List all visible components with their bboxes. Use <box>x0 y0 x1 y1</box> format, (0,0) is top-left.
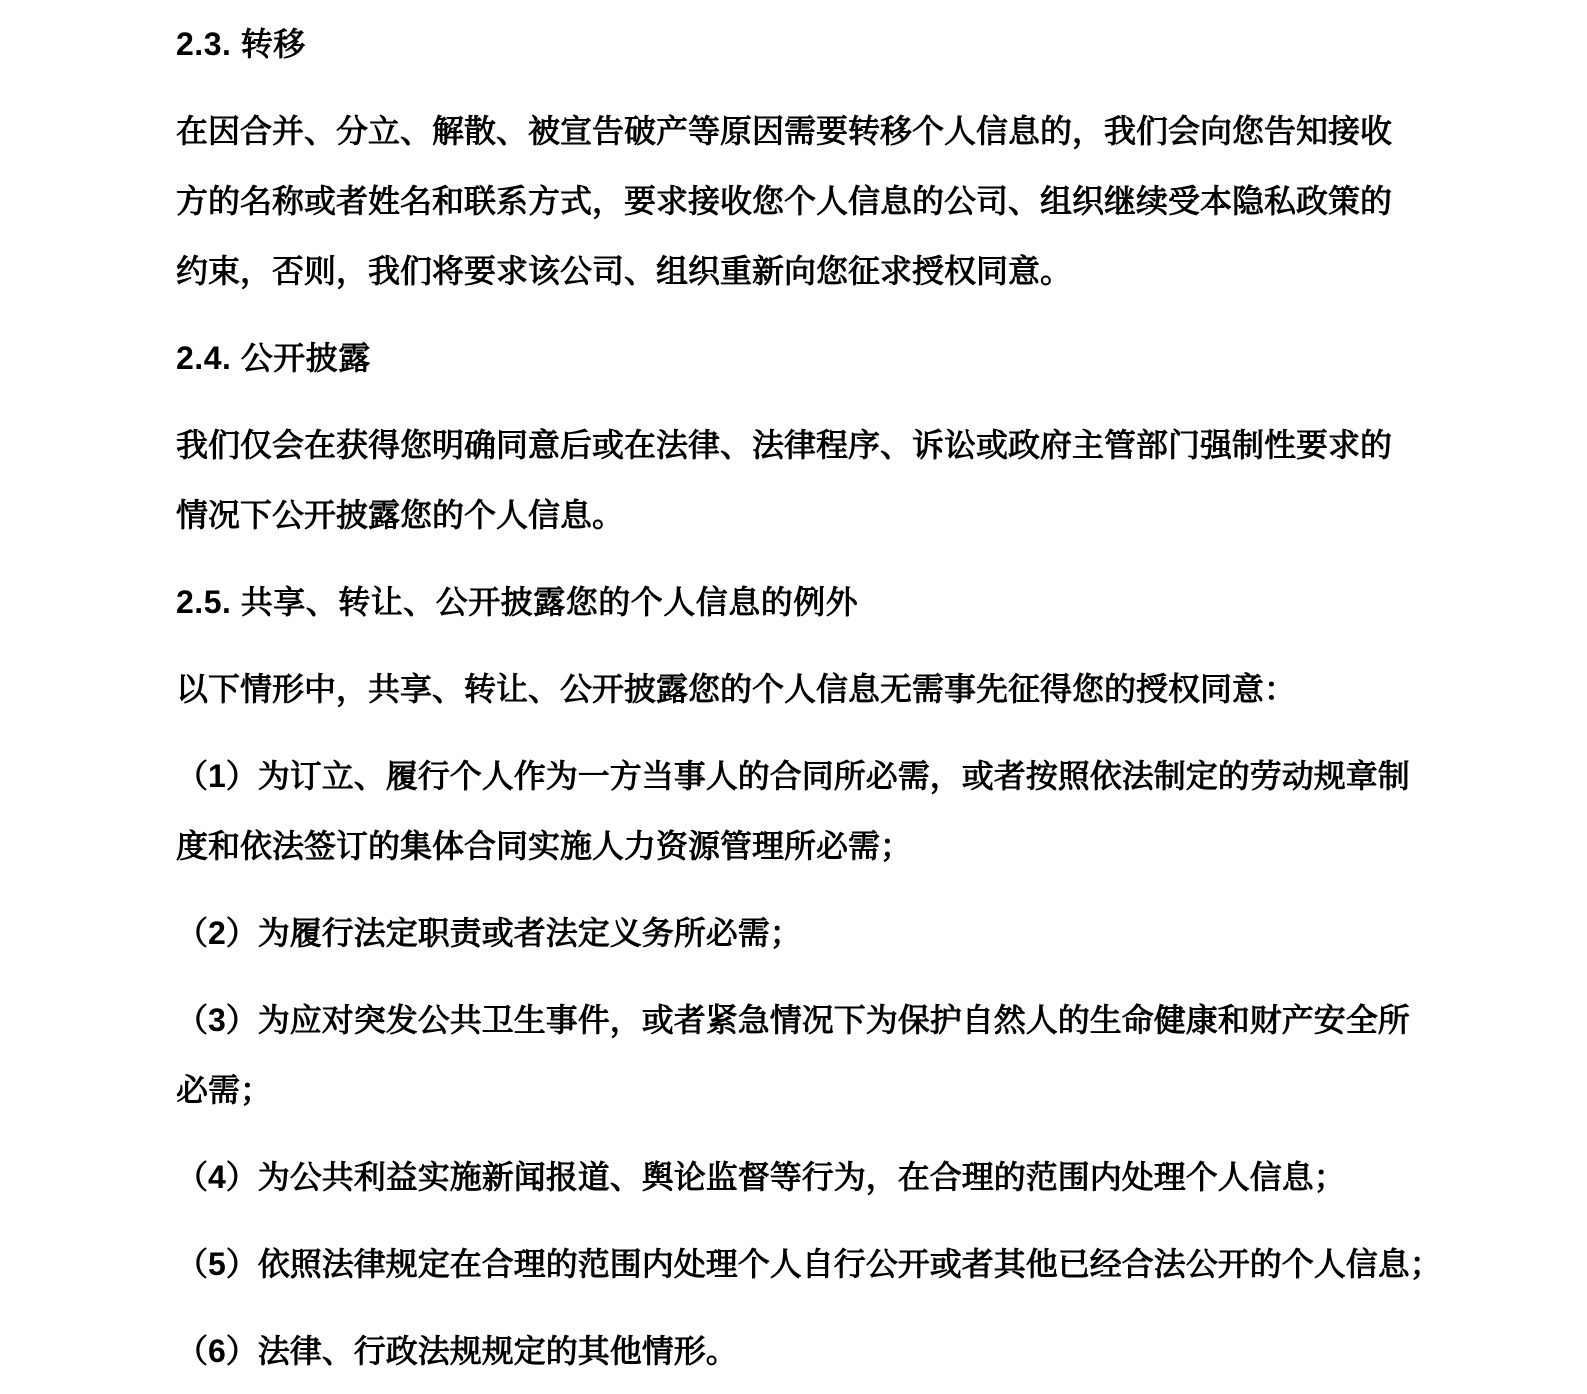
exception-item-1: （1）为订立、履行个人作为一方当事人的合同所必需，或者按照依法制定的劳动规章制度… <box>176 741 1457 881</box>
paragraph-text-line: 以下情形中，共享、转让、公开披露您的个人信息无需事先征得您的授权同意： <box>176 654 1457 724</box>
paragraph-2-5-intro: 以下情形中，共享、转让、公开披露您的个人信息无需事先征得您的授权同意： <box>176 654 1457 724</box>
heading-2-3-transfer: 2.3. 转移 <box>176 9 1457 79</box>
heading-text-line: 2.3. 转移 <box>176 9 1457 79</box>
exception-item-3: （3）为应对突发公共卫生事件，或者紧急情况下为保护自然人的生命健康和财产安全所必… <box>176 985 1457 1125</box>
heading-text-line: 2.5. 共享、转让、公开披露您的个人信息的例外 <box>176 567 1457 637</box>
exception-item-6: （6）法律、行政法规规定的其他情形。 <box>176 1316 1457 1386</box>
heading-2-5-exceptions: 2.5. 共享、转让、公开披露您的个人信息的例外 <box>176 567 1457 637</box>
paragraph-text-line: 情况下公开披露您的个人信息。 <box>176 480 1457 550</box>
paragraph-text-line: （6）法律、行政法规规定的其他情形。 <box>176 1316 1457 1386</box>
paragraph-2-3-transfer-body: 在因合并、分立、解散、被宣告破产等原因需要转移个人信息的，我们会向您告知接收方的… <box>176 96 1457 306</box>
paragraph-text-line: 必需； <box>176 1055 1457 1125</box>
paragraph-text-line: （4）为公共利益实施新闻报道、舆论监督等行为，在合理的范围内处理个人信息； <box>176 1142 1457 1212</box>
paragraph-text-line: （5）依照法律规定在合理的范围内处理个人自行公开或者其他已经合法公开的个人信息； <box>176 1229 1457 1299</box>
exception-item-5: （5）依照法律规定在合理的范围内处理个人自行公开或者其他已经合法公开的个人信息； <box>176 1229 1457 1299</box>
heading-text-line: 2.4. 公开披露 <box>176 323 1457 393</box>
paragraph-text-line: 我们仅会在获得您明确同意后或在法律、法律程序、诉讼或政府主管部门强制性要求的 <box>176 410 1457 480</box>
paragraph-text-line: 在因合并、分立、解散、被宣告破产等原因需要转移个人信息的，我们会向您告知接收 <box>176 96 1457 166</box>
paragraph-text-line: 约束，否则，我们将要求该公司、组织重新向您征求授权同意。 <box>176 236 1457 306</box>
paragraph-text-line: （3）为应对突发公共卫生事件，或者紧急情况下为保护自然人的生命健康和财产安全所 <box>176 985 1457 1055</box>
paragraph-2-4-public-disclosure-body: 我们仅会在获得您明确同意后或在法律、法律程序、诉讼或政府主管部门强制性要求的情况… <box>176 410 1457 550</box>
exception-item-2: （2）为履行法定职责或者法定义务所必需； <box>176 898 1457 968</box>
heading-2-4-public-disclosure: 2.4. 公开披露 <box>176 323 1457 393</box>
privacy-policy-document: 2.3. 转移在因合并、分立、解散、被宣告破产等原因需要转移个人信息的，我们会向… <box>0 0 1587 1394</box>
paragraph-text-line: 度和依法签订的集体合同实施人力资源管理所必需； <box>176 811 1457 881</box>
paragraph-text-line: 方的名称或者姓名和联系方式，要求接收您个人信息的公司、组织继续受本隐私政策的 <box>176 166 1457 236</box>
document-body: 2.3. 转移在因合并、分立、解散、被宣告破产等原因需要转移个人信息的，我们会向… <box>176 9 1457 1386</box>
exception-item-4: （4）为公共利益实施新闻报道、舆论监督等行为，在合理的范围内处理个人信息； <box>176 1142 1457 1212</box>
paragraph-text-line: （1）为订立、履行个人作为一方当事人的合同所必需，或者按照依法制定的劳动规章制 <box>176 741 1457 811</box>
paragraph-text-line: （2）为履行法定职责或者法定义务所必需； <box>176 898 1457 968</box>
